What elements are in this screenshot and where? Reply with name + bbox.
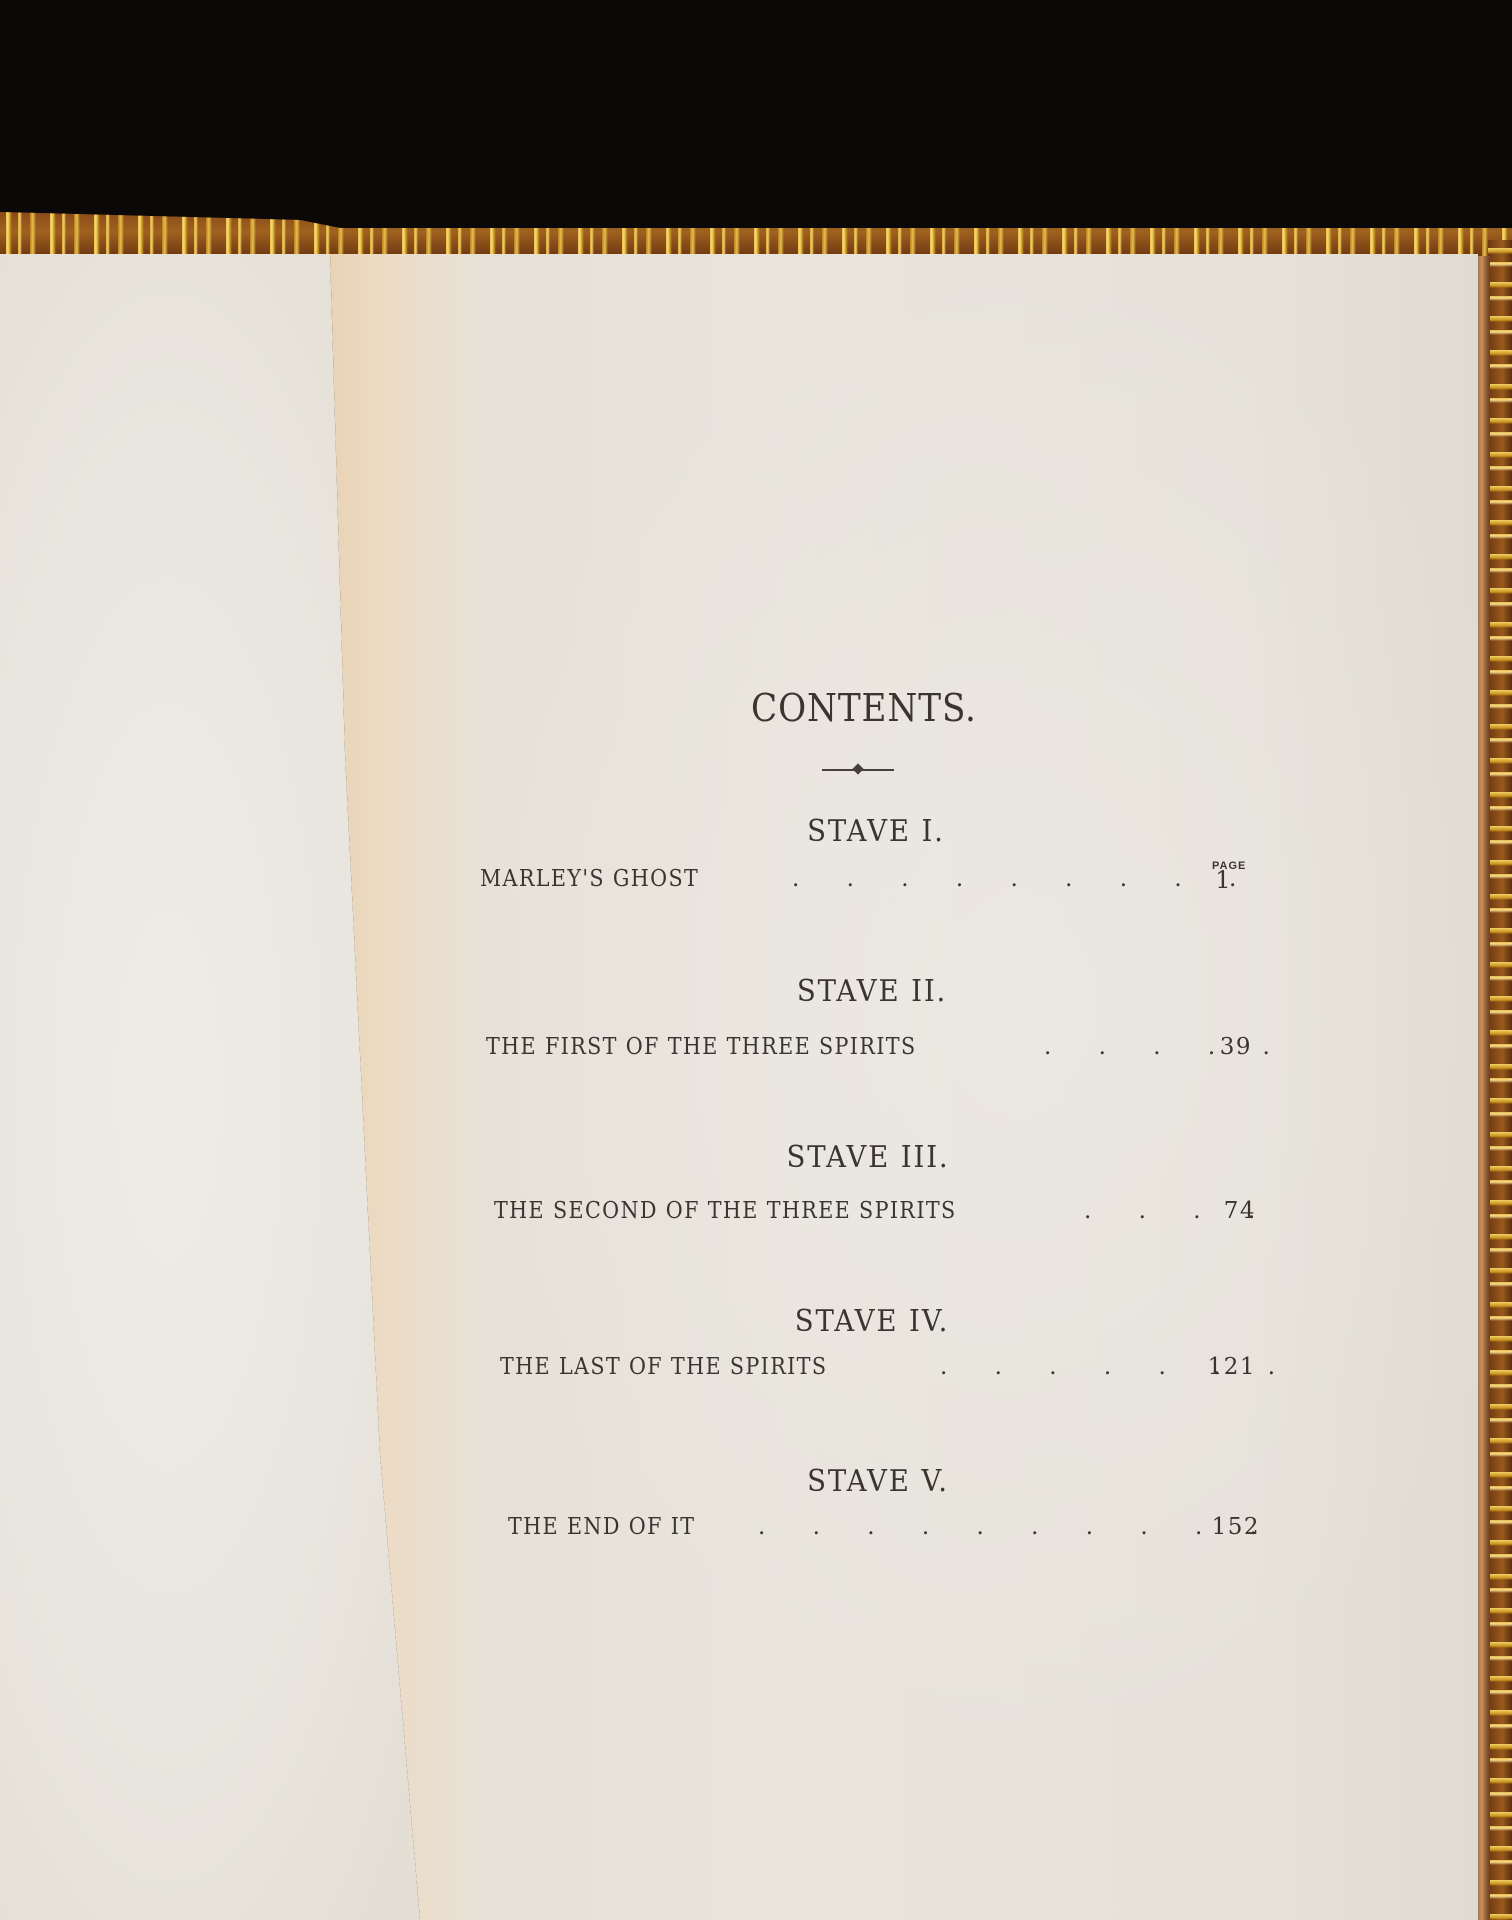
- dot-leaders: . . . . .: [1044, 1034, 1290, 1060]
- toc-entry[interactable]: THE SECOND OF THE THREE SPIRITS . . . . …: [494, 1198, 1256, 1232]
- toc-entry[interactable]: MARLEY'S GHOST . . . . . . . . . 1: [480, 866, 1256, 900]
- divider-ornament-icon: [822, 764, 896, 776]
- chapter-title: THE FIRST OF THE THREE SPIRITS: [486, 1034, 916, 1060]
- stave-heading: STAVE III.: [730, 1140, 1006, 1175]
- stave-heading: STAVE V.: [740, 1464, 1016, 1499]
- page-number: 152: [1212, 1514, 1260, 1540]
- dot-leaders: . . . . . . . . . .: [758, 1514, 1277, 1540]
- chapter-title: MARLEY'S GHOST: [480, 866, 699, 892]
- toc-entry[interactable]: THE END OF IT . . . . . . . . . . 152: [508, 1514, 1260, 1548]
- toc-entry[interactable]: THE FIRST OF THE THREE SPIRITS . . . . .…: [486, 1034, 1256, 1068]
- stave-heading: STAVE I.: [738, 814, 1014, 849]
- page-number: 1: [1215, 866, 1232, 894]
- chapter-title: THE END OF IT: [508, 1514, 695, 1540]
- table-of-contents: CONTENTS. PAGE STAVE I. MARLEY'S GHOST .…: [0, 0, 1512, 1920]
- chapter-title: THE SECOND OF THE THREE SPIRITS: [494, 1198, 957, 1224]
- contents-heading: CONTENTS.: [751, 686, 949, 730]
- dot-leaders: . . . . . . . . .: [792, 866, 1256, 892]
- page-number: 74: [1224, 1198, 1256, 1224]
- page-number: 39: [1220, 1034, 1252, 1060]
- toc-entry[interactable]: THE LAST OF THE SPIRITS . . . . . . . 12…: [500, 1354, 1256, 1388]
- page-number: 121: [1208, 1354, 1256, 1380]
- chapter-title: THE LAST OF THE SPIRITS: [500, 1354, 827, 1380]
- stave-heading: STAVE IV.: [734, 1304, 1010, 1339]
- stave-heading: STAVE II.: [734, 974, 1010, 1009]
